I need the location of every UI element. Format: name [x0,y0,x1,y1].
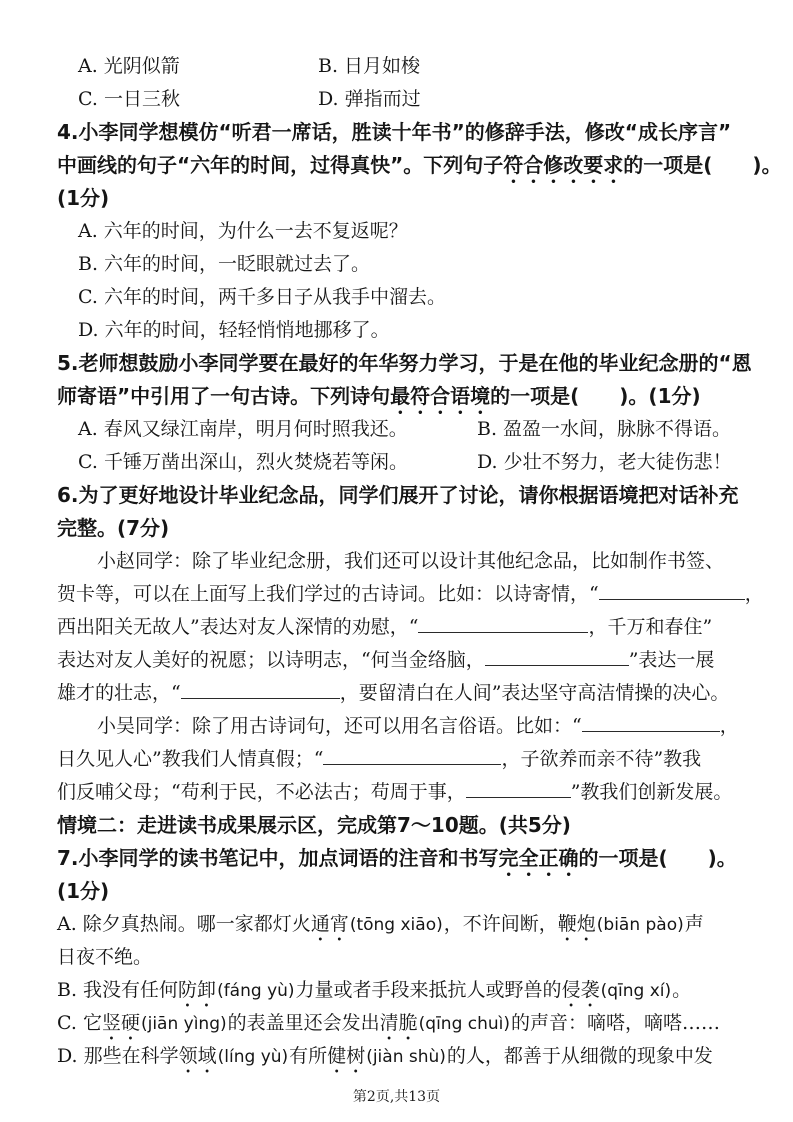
q7-option-a-pinyin-2: (biān pào) [596,915,685,935]
q6-wu-text: ”教我们创新发展。 [571,781,733,803]
q7-option-b-text: 。 [672,979,691,1001]
prev-option-d: D. 弹指而过 [318,83,421,116]
answer-blank [418,616,588,633]
q5-stem-line2: 师寄语”中引用了一句古诗。下列诗句最符合语境的一项是( )。(1分) [57,380,763,413]
q6-wu-text: 们反哺父母；“苟利于民，不必法古；苟周于事， [57,781,466,803]
q5-emphasized-phrase: 最符合语境 [390,384,490,408]
q6-zhao-text: ， [745,583,764,605]
q5-stem-line1: 5.老师想鼓励小李同学要在最好的年华努力学习，于是在他的毕业纪念册的“恩 [57,347,763,380]
q4-stem-line1: 4.小李同学想模仿“听君一席话，胜读十年书”的修辞手法，修改“成长序言” [57,116,763,149]
q7-answer-bracket: 的一项是( )。 [579,846,737,870]
scenario2-header-text: 情境二：走进读书成果展示区，完成第7～10题。(共5分) [57,813,571,837]
q6-wu-line3: 们反哺父母；“苟利于民，不必法古；苟周于事，”教我们创新发展。 [57,776,763,809]
q4-option-c: C. 六年的时间，两千多日子从我手中溜去。 [57,281,763,314]
q7-option-c: C. 它竖硬(jiān yìng)的表盖里还会发出清脆(qīng chuì)的声… [57,1007,763,1040]
answer-blank [323,748,501,765]
q7-option-a-dotted-word-1: 通宵 [311,913,349,935]
q7-option-d-pinyin-1: (líng yù) [217,1047,290,1067]
q7-option-b-pinyin-1: (fáng yù) [216,981,295,1001]
q7-option-b-dotted-word-1: 防卸 [178,979,216,1001]
q6-zhao-line4: 表达对友人美好的祝愿；以诗明志，“何当金络脑，”表达一展 [57,644,763,677]
q7-option-c-text: 的表盖里还会发出 [228,1012,380,1034]
q6-wu-line1: 小吴同学：除了用古诗词句，还可以用名言俗语。比如：“， [57,710,763,743]
q7-option-a-line1: A. 除夕真热闹。哪一家都灯火通宵(tōng xiāo)，不许间断，鞭炮(biā… [57,908,763,941]
q6-zhao-line5: 雄才的壮志，“，要留清白在人间”表达坚守高洁情操的决心。 [57,677,763,710]
q4-score-note: (1分) [57,182,763,215]
q6-zhao-text: 表达对友人美好的祝愿；以诗明志，“何当金络脑， [57,649,485,671]
q4-option-d: D. 六年的时间，轻轻悄悄地挪移了。 [57,314,763,347]
q6-zhao-text: ，要留清白在人间”表达坚守高洁情操的决心。 [340,682,730,704]
q6-wu-line2: 日久见人心”教我们人情真假；“，子欲养而亲不待”教我 [57,743,763,776]
q5-option-a: A. 春风又绿江南岸，明月何时照我还。 [78,418,408,440]
q7-option-c-dotted-word-1: 竖硬 [102,1012,140,1034]
q7-emphasized-phrase: 完全正确 [499,846,579,870]
q7-option-d-dotted-word-1: 领域 [179,1045,217,1067]
q5-option-c: C. 千锤万凿出深山，烈火焚烧若等闲。 [78,451,408,473]
q5-options-row-ab: A. 春风又绿江南岸，明月何时照我还。 B. 盈盈一水间，脉脉不得语。 [57,413,763,446]
q6-zhao-text: 小赵同学：除了毕业纪念册，我们还可以设计其他纪念品，比如制作书签、 [97,550,724,572]
q7-option-a-text: A. 除夕真热闹。哪一家都灯火 [57,913,311,935]
q7-stem-line1: 7.小李同学的读书笔记中，加点词语的注音和书写完全正确的一项是( )。 [57,842,763,875]
q7-score-note: (1分) [57,875,763,908]
scenario2-header: 情境二：走进读书成果展示区，完成第7～10题。(共5分) [57,809,763,842]
q4-option-d-text: D. 六年的时间，轻轻悄悄地挪移了。 [78,319,390,341]
q4-stem-text: 中画线的句子“六年的时间，过得真快”。下列句子 [57,153,503,177]
q5-answer-bracket: 的一项是( )。(1分) [490,384,700,408]
q7-option-c-text: 的声音：嘀嗒，嘀嗒…… [511,1012,720,1034]
q7-option-a-pinyin-1: (tōng xiāo) [349,915,444,935]
q7-option-a-text: 声 [685,913,704,935]
q7-option-d-pinyin-2: (jiàn shù) [365,1047,447,1067]
q4-emphasized-phrase: 符合修改要求 [503,153,623,177]
answer-blank [582,715,720,732]
answer-blank [485,649,629,666]
prev-option-c: C. 一日三秋 [78,88,180,110]
q4-stem-text: 4.小李同学想模仿“听君一席话，胜读十年书”的修辞手法，修改“成长序言” [57,120,731,144]
q4-option-a: A. 六年的时间，为什么一去不复返呢？ [57,215,763,248]
q7-option-b: B. 我没有任何防卸(fáng yù)力量或者手段来抵抗人或野兽的侵袭(qīng… [57,974,763,1007]
q6-stem-line2: 完整。(7分) [57,512,763,545]
prev-option-a: A. 光阴似箭 [78,55,180,77]
q6-wu-text: ，子欲养而亲不待”教我 [501,748,701,770]
q6-stem-line1: 6.为了更好地设计毕业纪念品，同学们展开了讨论，请你根据语境把对话补充 [57,479,763,512]
prev-option-b: B. 日月如梭 [318,50,420,83]
q7-option-d-dotted-word-2: 健树 [327,1045,365,1067]
q7-score-text: (1分) [57,879,109,903]
q7-option-d-text: D. 那些在科学 [57,1045,179,1067]
q7-option-c-pinyin-1: (jiān yìng) [140,1014,228,1034]
q4-answer-bracket: 的一项是( )。 [623,153,781,177]
page-number: 第2页,共13页 [0,1086,793,1106]
q7-option-a-line2: 日夜不绝。 [57,941,763,974]
q6-zhao-line3: 西出阳关无故人”表达对友人深情的劝慰，“，千万和春住” [57,611,763,644]
q5-stem-text: 师寄语”中引用了一句古诗。下列诗句 [57,384,390,408]
q6-zhao-line1: 小赵同学：除了毕业纪念册，我们还可以设计其他纪念品，比如制作书签、 [57,545,763,578]
q7-option-d-text: 有所 [289,1045,327,1067]
q4-option-a-text: A. 六年的时间，为什么一去不复返呢？ [78,220,408,242]
q6-zhao-text: 西出阳关无故人”表达对友人深情的劝慰，“ [57,616,418,638]
q7-option-a-text: 日夜不绝。 [57,946,152,968]
q4-option-b-text: B. 六年的时间，一眨眼就过去了。 [78,253,370,275]
q5-option-d: D. 少壮不努力，老大徒伤悲！ [477,446,732,479]
q4-option-b: B. 六年的时间，一眨眼就过去了。 [57,248,763,281]
answer-blank [599,583,745,600]
prev-options-row-cd: C. 一日三秋 D. 弹指而过 [57,83,763,116]
q6-wu-text: 日久见人心”教我们人情真假；“ [57,748,323,770]
q7-option-b-text: B. 我没有任何 [57,979,178,1001]
q7-option-b-pinyin-2: (qīng xí) [600,981,673,1001]
q6-zhao-text: 雄才的壮志，“ [57,682,181,704]
q6-zhao-text: ，千万和春住” [588,616,712,638]
q6-stem-text: 6.为了更好地设计毕业纪念品，同学们展开了讨论，请你根据语境把对话补充 [57,483,739,507]
q7-option-c-dotted-word-2: 清脆 [380,1012,418,1034]
q6-wu-text: 小吴同学：除了用古诗词句，还可以用名言俗语。比如：“ [97,715,582,737]
q7-option-d: D. 那些在科学领域(líng yù)有所健树(jiàn shù)的人，都善于从… [57,1040,763,1073]
exam-content: A. 光阴似箭 B. 日月如梭 C. 一日三秋 D. 弹指而过 4.小李同学想模… [57,50,763,1073]
q6-wu-text: ， [720,715,739,737]
q7-option-a-text: ，不许间断， [444,913,558,935]
q7-option-b-dotted-word-2: 侵袭 [562,979,600,1001]
q4-option-c-text: C. 六年的时间，两千多日子从我手中溜去。 [78,286,446,308]
q7-stem-text: 7.小李同学的读书笔记中，加点词语的注音和书写 [57,846,499,870]
q5-stem-text: 5.老师想鼓励小李同学要在最好的年华努力学习，于是在他的毕业纪念册的“恩 [57,351,752,375]
q7-option-b-text: 力量或者手段来抵抗人或野兽的 [296,979,562,1001]
answer-blank [466,781,571,798]
q4-stem-line2: 中画线的句子“六年的时间，过得真快”。下列句子符合修改要求的一项是( )。 [57,149,763,182]
q6-zhao-line2: 贺卡等，可以在上面写上我们学过的古诗词。比如：以诗寄情，“， [57,578,763,611]
q4-score-text: (1分) [57,186,109,210]
q5-option-b: B. 盈盈一水间，脉脉不得语。 [477,413,731,446]
prev-options-row-ab: A. 光阴似箭 B. 日月如梭 [57,50,763,83]
q6-zhao-text: 贺卡等，可以在上面写上我们学过的古诗词。比如：以诗寄情，“ [57,583,599,605]
q7-option-a-dotted-word-2: 鞭炮 [558,913,596,935]
q7-option-c-pinyin-2: (qīng chuì) [418,1014,511,1034]
q7-option-d-text: 的人，都善于从细微的现象中发 [447,1045,713,1067]
q6-stem-text: 完整。(7分) [57,516,169,540]
q5-options-row-cd: C. 千锤万凿出深山，烈火焚烧若等闲。 D. 少壮不努力，老大徒伤悲！ [57,446,763,479]
q7-option-c-text: C. 它 [57,1012,102,1034]
q6-zhao-text: ”表达一展 [629,649,715,671]
exam-paper-page: A. 光阴似箭 B. 日月如梭 C. 一日三秋 D. 弹指而过 4.小李同学想模… [0,0,793,1122]
answer-blank [181,682,340,699]
